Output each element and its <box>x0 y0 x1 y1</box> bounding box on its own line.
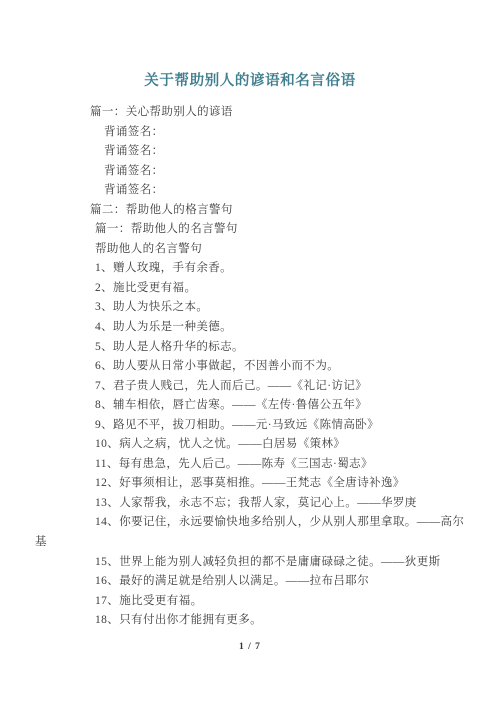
document-title: 关于帮助别人的谚语和名言俗语 <box>0 69 500 90</box>
signature-label: 背诵签名： <box>0 142 500 162</box>
list-item: 18、只有付出你才能拥有更多。 <box>0 611 500 631</box>
list-item: 7、君子贵人贱己，先人而后己。——《礼记·访记》 <box>0 377 500 397</box>
document-body: 篇一：关心帮助别人的谚语背诵签名：背诵签名：背诵签名：背诵签名：篇二：帮助他人的… <box>0 103 500 631</box>
list-item: 帮助他人的名言警句 <box>0 240 500 260</box>
list-item: 1、赠人玫瑰，手有余香。 <box>0 259 500 279</box>
signature-label: 背诵签名： <box>0 162 500 182</box>
list-item: 5、助人是人格升华的标志。 <box>0 338 500 358</box>
list-item: 6、助人要从日常小事做起，不因善小而不为。 <box>0 357 500 377</box>
document-page: 关于帮助别人的谚语和名言俗语 篇一：关心帮助别人的谚语背诵签名：背诵签名：背诵签… <box>0 0 500 707</box>
list-item: 2、施比受更有福。 <box>0 279 500 299</box>
list-item: 8、辅车相依，唇亡齿寒。——《左传·鲁僖公五年》 <box>0 396 500 416</box>
list-item: 11、每有患急，先人后己。——陈寿《三国志·蜀志》 <box>0 455 500 475</box>
wrapped-line: 基 <box>0 533 500 553</box>
page-number: 1 / 7 <box>0 642 500 652</box>
section-heading: 篇二：帮助他人的格言警句 <box>0 201 500 221</box>
list-item: 16、最好的满足就是给别人以满足。——拉布吕耶尔 <box>0 572 500 592</box>
list-item: 9、路见不平，拔刀相助。——元·马致远《陈情高卧》 <box>0 416 500 436</box>
list-item: 12、好事须相让，恶事莫相推。——王梵志《全唐诗补逸》 <box>0 474 500 494</box>
list-item: 10、病人之病，忧人之忧。——白居易《策林》 <box>0 435 500 455</box>
list-item: 13、人家帮我，永志不忘；我帮人家，莫记心上。——华罗庚 <box>0 494 500 514</box>
signature-label: 背诵签名： <box>0 181 500 201</box>
list-item: 14、你要记住，永远要愉快地多给别人，少从别人那里拿取。——高尔 <box>0 513 500 533</box>
list-item: 3、助人为快乐之本。 <box>0 298 500 318</box>
list-item: 4、助人为乐是一种美德。 <box>0 318 500 338</box>
list-item: 17、施比受更有福。 <box>0 592 500 612</box>
signature-label: 背诵签名： <box>0 123 500 143</box>
section-heading: 篇一：关心帮助别人的谚语 <box>0 103 500 123</box>
list-item: 篇一：帮助他人的名言警句 <box>0 220 500 240</box>
list-item: 15、世界上能为别人减轻负担的都不是庸庸碌碌之徒。——狄更斯 <box>0 553 500 573</box>
